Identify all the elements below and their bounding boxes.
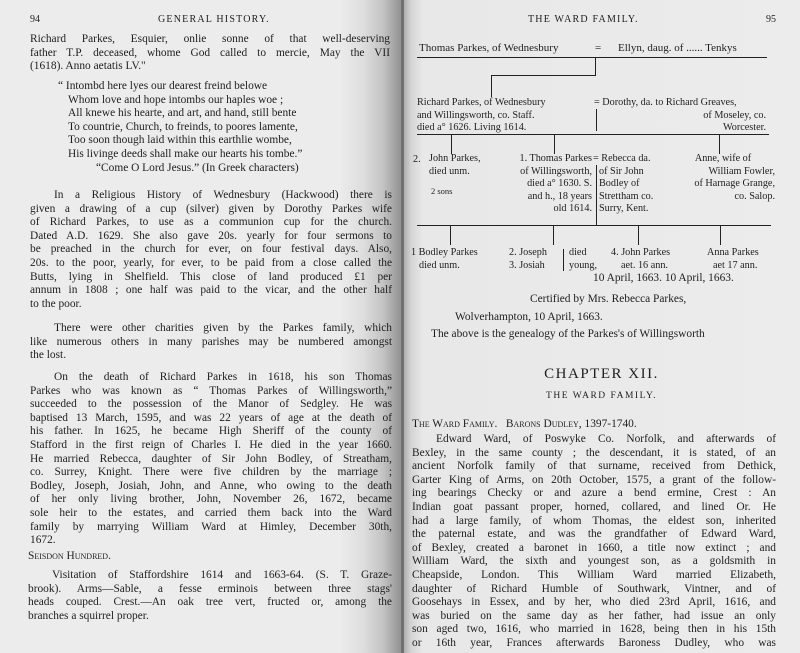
- certified-line: Certified by Mrs. Rebecca Parkes,: [530, 293, 686, 307]
- text-line: annum in 1808 ; one half was paid to the…: [30, 284, 392, 298]
- text-line: had a large family, of whom Thomas, the …: [412, 515, 776, 529]
- epitaph-poem: “ Intombd here lyes our dearest freind b…: [58, 80, 302, 175]
- text-line: Butts, lying in Shelfield. This close of…: [30, 271, 392, 285]
- cup-paragraph: In a Religious History of Wednesbury (Ha…: [30, 189, 392, 311]
- ped-anne: Anne, wife of William Fowler, of Harnage…: [671, 153, 775, 203]
- text-line: of Richard Parkes, to use as a communion…: [30, 216, 392, 230]
- ped-anna: Anna Parkes aet 17 ann.: [707, 247, 759, 272]
- text-line: his father. In 1625, he became High Sher…: [30, 425, 392, 439]
- ped-dorothy: = Dorothy, da. to Richard Greaves, of Mo…: [594, 97, 766, 135]
- text-line: heads couped. Crest.—An oak tree vert, f…: [28, 596, 392, 610]
- text-line: died unm.: [411, 260, 478, 273]
- ped-john-jr: 4. John Parkes aet. 16 ann.: [611, 247, 670, 272]
- section-heading-ward: The Ward Family. Barons Dudley, 1397-174…: [412, 418, 637, 432]
- text-line: Bexley, in the same county ; the descend…: [412, 447, 776, 461]
- text-line: ancient Norfolk family of that surname, …: [412, 460, 776, 474]
- ward-paragraph: Edward Ward, of Poswyke Co. Norfolk, and…: [412, 433, 776, 651]
- text-line: Anne, wife of: [671, 153, 775, 166]
- text-line: Strettham co.: [593, 191, 653, 204]
- text-line: aet. 16 ann.: [611, 260, 670, 273]
- text-line: died unm.: [429, 166, 481, 179]
- ped-thomas-sr: Thomas Parkes, of Wednesbury: [419, 42, 558, 55]
- text-line: of her only living brother, John, Novemb…: [30, 493, 392, 507]
- children-line: [417, 134, 769, 135]
- ped-joseph-josiah: 2. Joseph 3. Josiah: [509, 247, 547, 272]
- descent-line: [450, 225, 451, 245]
- text-line: succeeded to the possession of the Manor…: [30, 398, 392, 412]
- intro-paragraph: Richard Parkes, Esquier, onlie sonne of …: [30, 33, 390, 74]
- text-line: of Moseley, co.: [594, 110, 766, 123]
- text-line: Visitation of Staffordshire 1614 and 166…: [28, 569, 392, 583]
- text-line: 1672.: [30, 534, 392, 548]
- text-line: to the poor.: [30, 298, 392, 312]
- book-gutter: [401, 0, 404, 653]
- text-line: Worcester.: [594, 122, 766, 135]
- text-line: 4. John Parkes: [611, 247, 670, 260]
- text-line: ing bearings Checky or and azure a bend …: [412, 487, 776, 501]
- text-line: died a° 1626. Living 1614.: [417, 122, 546, 135]
- descent-line: [596, 215, 597, 225]
- death-paragraph: On the death of Richard Parkes in 1618, …: [30, 371, 392, 548]
- text-line: of Harnage Grange,: [671, 178, 775, 191]
- text-line: (1618). Anno aetatis LV.": [30, 60, 390, 74]
- chapter-title: CHAPTER XII.: [403, 366, 800, 383]
- text-line: son aged two, 1616, who married in 1628,…: [412, 623, 776, 637]
- branch-line: [491, 75, 596, 76]
- text-line: of Sir John: [593, 166, 653, 179]
- text-line: daughter of Richard Humble of Southwark,…: [412, 583, 776, 597]
- text-line: the lost.: [30, 349, 392, 363]
- text-line: William Fowler,: [671, 166, 775, 179]
- text-line: In a Religious History of Wednesbury (Ha…: [30, 189, 392, 203]
- ped-died-young: died young,: [569, 247, 597, 272]
- text-line: branches a squirrel proper.: [28, 610, 392, 624]
- text-line: 1 Bodley Parkes: [411, 247, 478, 260]
- left-page: 94 GENERAL HISTORY. Richard Parkes, Esqu…: [0, 0, 403, 653]
- poem-line: His livinge deeds shall make our hearts …: [58, 148, 302, 162]
- text-line: 1. Thomas Parkes: [500, 153, 592, 166]
- text-line: given a drawing of a cup (silver) given …: [30, 203, 392, 217]
- text-line: There were other charities given by the …: [30, 322, 392, 336]
- visitation-paragraph: Visitation of Staffordshire 1614 and 166…: [28, 569, 392, 623]
- heading-part: The Ward Family.: [412, 418, 497, 430]
- text-line: Edward Ward, of Poswyke Co. Norfolk, and…: [412, 433, 776, 447]
- marriage-line: [417, 57, 767, 58]
- place-line: Wolverhampton, 10 April, 1663.: [455, 311, 603, 325]
- ped-john-num: 2.: [413, 154, 421, 167]
- poem-line: Too soon though laid within this earthli…: [58, 134, 302, 148]
- text-line: Surry, Kent.: [593, 203, 653, 216]
- text-line: co. Salop.: [671, 191, 775, 204]
- heading-part: Barons Dudley, 1397-1740.: [506, 418, 637, 430]
- text-line: aet 17 ann.: [707, 260, 759, 273]
- text-line: baptised 13 March, 1595, and was 22 year…: [30, 412, 392, 426]
- text-line: or 16th year, Frances afterwards Barones…: [412, 637, 776, 651]
- text-line: Dated A.D. 1629. She also gave 20s. year…: [30, 230, 392, 244]
- text-line: co. Surrey, Knight. There were five chil…: [30, 466, 392, 480]
- text-line: Stafford in the first reign of Charles I…: [30, 439, 392, 453]
- poem-line: “ Intombd here lyes our dearest freind b…: [58, 80, 302, 94]
- page-number: 95: [766, 14, 776, 25]
- running-head: GENERAL HISTORY.: [158, 14, 270, 25]
- text-line: Parkes who was known as “ Thomas Parkes …: [30, 385, 392, 399]
- text-line: Goosehays in Essex, and by her, who died…: [412, 596, 776, 610]
- ped-2-sons: 2 sons: [431, 185, 453, 198]
- section-heading-seisdon: Seisdon Hundred.: [28, 550, 111, 564]
- text-line: = Dorothy, da. to Richard Greaves,: [594, 97, 766, 110]
- ped-ellyn: Ellyn, daug. of ...... Tenkys: [618, 42, 737, 55]
- marriage-bar: [596, 109, 597, 131]
- children-line: [417, 225, 771, 226]
- poem-line: To countrie, Church, to freinds, to poor…: [58, 121, 302, 135]
- text-line: Richard Parkes, of Wednesbury: [417, 97, 546, 110]
- text-line: and Willingsworth, co. Staff.: [417, 110, 546, 123]
- text-line: = Rebecca da.: [593, 153, 653, 166]
- text-line: William Ward, the sixth and youngest son…: [412, 555, 776, 569]
- ped-john: John Parkes, died unm.: [429, 153, 481, 178]
- text-line: of Willingsworth,: [500, 166, 592, 179]
- descent-line: [451, 134, 452, 154]
- text-line: father T.P. deceased, whome God called t…: [30, 47, 390, 61]
- text-line: like numerous others in many parishes ma…: [30, 336, 392, 350]
- text-line: Richard Parkes, Esquier, onlie sonne of …: [30, 33, 390, 47]
- genealogy-note: The above is the genealogy of the Parkes…: [431, 328, 705, 342]
- poem-footer: “Come O Lord Jesus.” (In Greek character…: [58, 162, 302, 176]
- descent-line: [554, 134, 555, 154]
- text-line: 3. Josiah: [509, 260, 547, 273]
- text-line: and h., 18 years: [500, 191, 592, 204]
- text-line: was buried on the same day as her father…: [412, 610, 776, 624]
- ped-bodley: 1 Bodley Parkes died unm.: [411, 247, 478, 272]
- descent-line: [595, 57, 596, 75]
- charities-paragraph: There were other charities given by the …: [30, 322, 392, 363]
- ped-thomas: 1. Thomas Parkes of Willingsworth, died …: [500, 153, 592, 216]
- text-line: Bodley of: [593, 178, 653, 191]
- text-line: died: [569, 247, 597, 260]
- text-line: Cheapside, London. This William Ward mar…: [412, 569, 776, 583]
- text-line: young,: [569, 260, 597, 273]
- text-line: 2. Joseph: [509, 247, 547, 260]
- text-line: old 1614.: [500, 203, 592, 216]
- page-number: 94: [30, 14, 40, 25]
- text-line: died a° 1630. S.: [500, 178, 592, 191]
- text-line: Garter King of Arms, on 20th October, 15…: [412, 474, 776, 488]
- text-line: Indian goat passant proper, horned, coll…: [412, 501, 776, 515]
- text-line: He married Rebecca, daughter of Sir John…: [30, 453, 392, 467]
- text-line: 20s. to the poor, yearly, for ever, to b…: [30, 257, 392, 271]
- brace-line: [563, 249, 564, 271]
- dates-line: 10 April, 1663. 10 April, 1663.: [593, 272, 734, 286]
- descent-line: [491, 75, 492, 97]
- text-line: family by marrying William Ward at Himle…: [30, 521, 392, 535]
- chapter-subtitle: THE WARD FAMILY.: [403, 391, 800, 401]
- descent-line: [638, 225, 639, 245]
- text-line: John Parkes,: [429, 153, 481, 166]
- poem-line: Whom love and hope intombs our haples wo…: [58, 94, 302, 108]
- ped-eq: =: [595, 42, 601, 55]
- descent-line: [720, 225, 721, 245]
- text-line: be preached in the church for ever, on f…: [30, 243, 392, 257]
- text-line: the paternal estate, and was the grandfa…: [412, 528, 776, 542]
- descent-line: [719, 134, 720, 154]
- poem-line: All knewe his hearte, and art, and hand,…: [58, 107, 302, 121]
- text-line: of Bexley, created a baronet in 1660, a …: [412, 542, 776, 556]
- text-line: Bodley, Joseph, Josiah, John, and Anne, …: [30, 480, 392, 494]
- text-line: brook). Arms—Sable, a fesse erminois bet…: [28, 583, 392, 597]
- text-line: sole heir to the estates, and carried th…: [30, 507, 392, 521]
- text-line: On the death of Richard Parkes in 1618, …: [30, 371, 392, 385]
- ped-rebecca: = Rebecca da. of Sir John Bodley of Stre…: [593, 153, 653, 216]
- descent-line: [553, 225, 554, 245]
- running-head: THE WARD FAMILY.: [528, 14, 639, 25]
- text-line: Anna Parkes: [707, 247, 759, 260]
- ped-richard: Richard Parkes, of Wednesbury and Willin…: [417, 97, 546, 135]
